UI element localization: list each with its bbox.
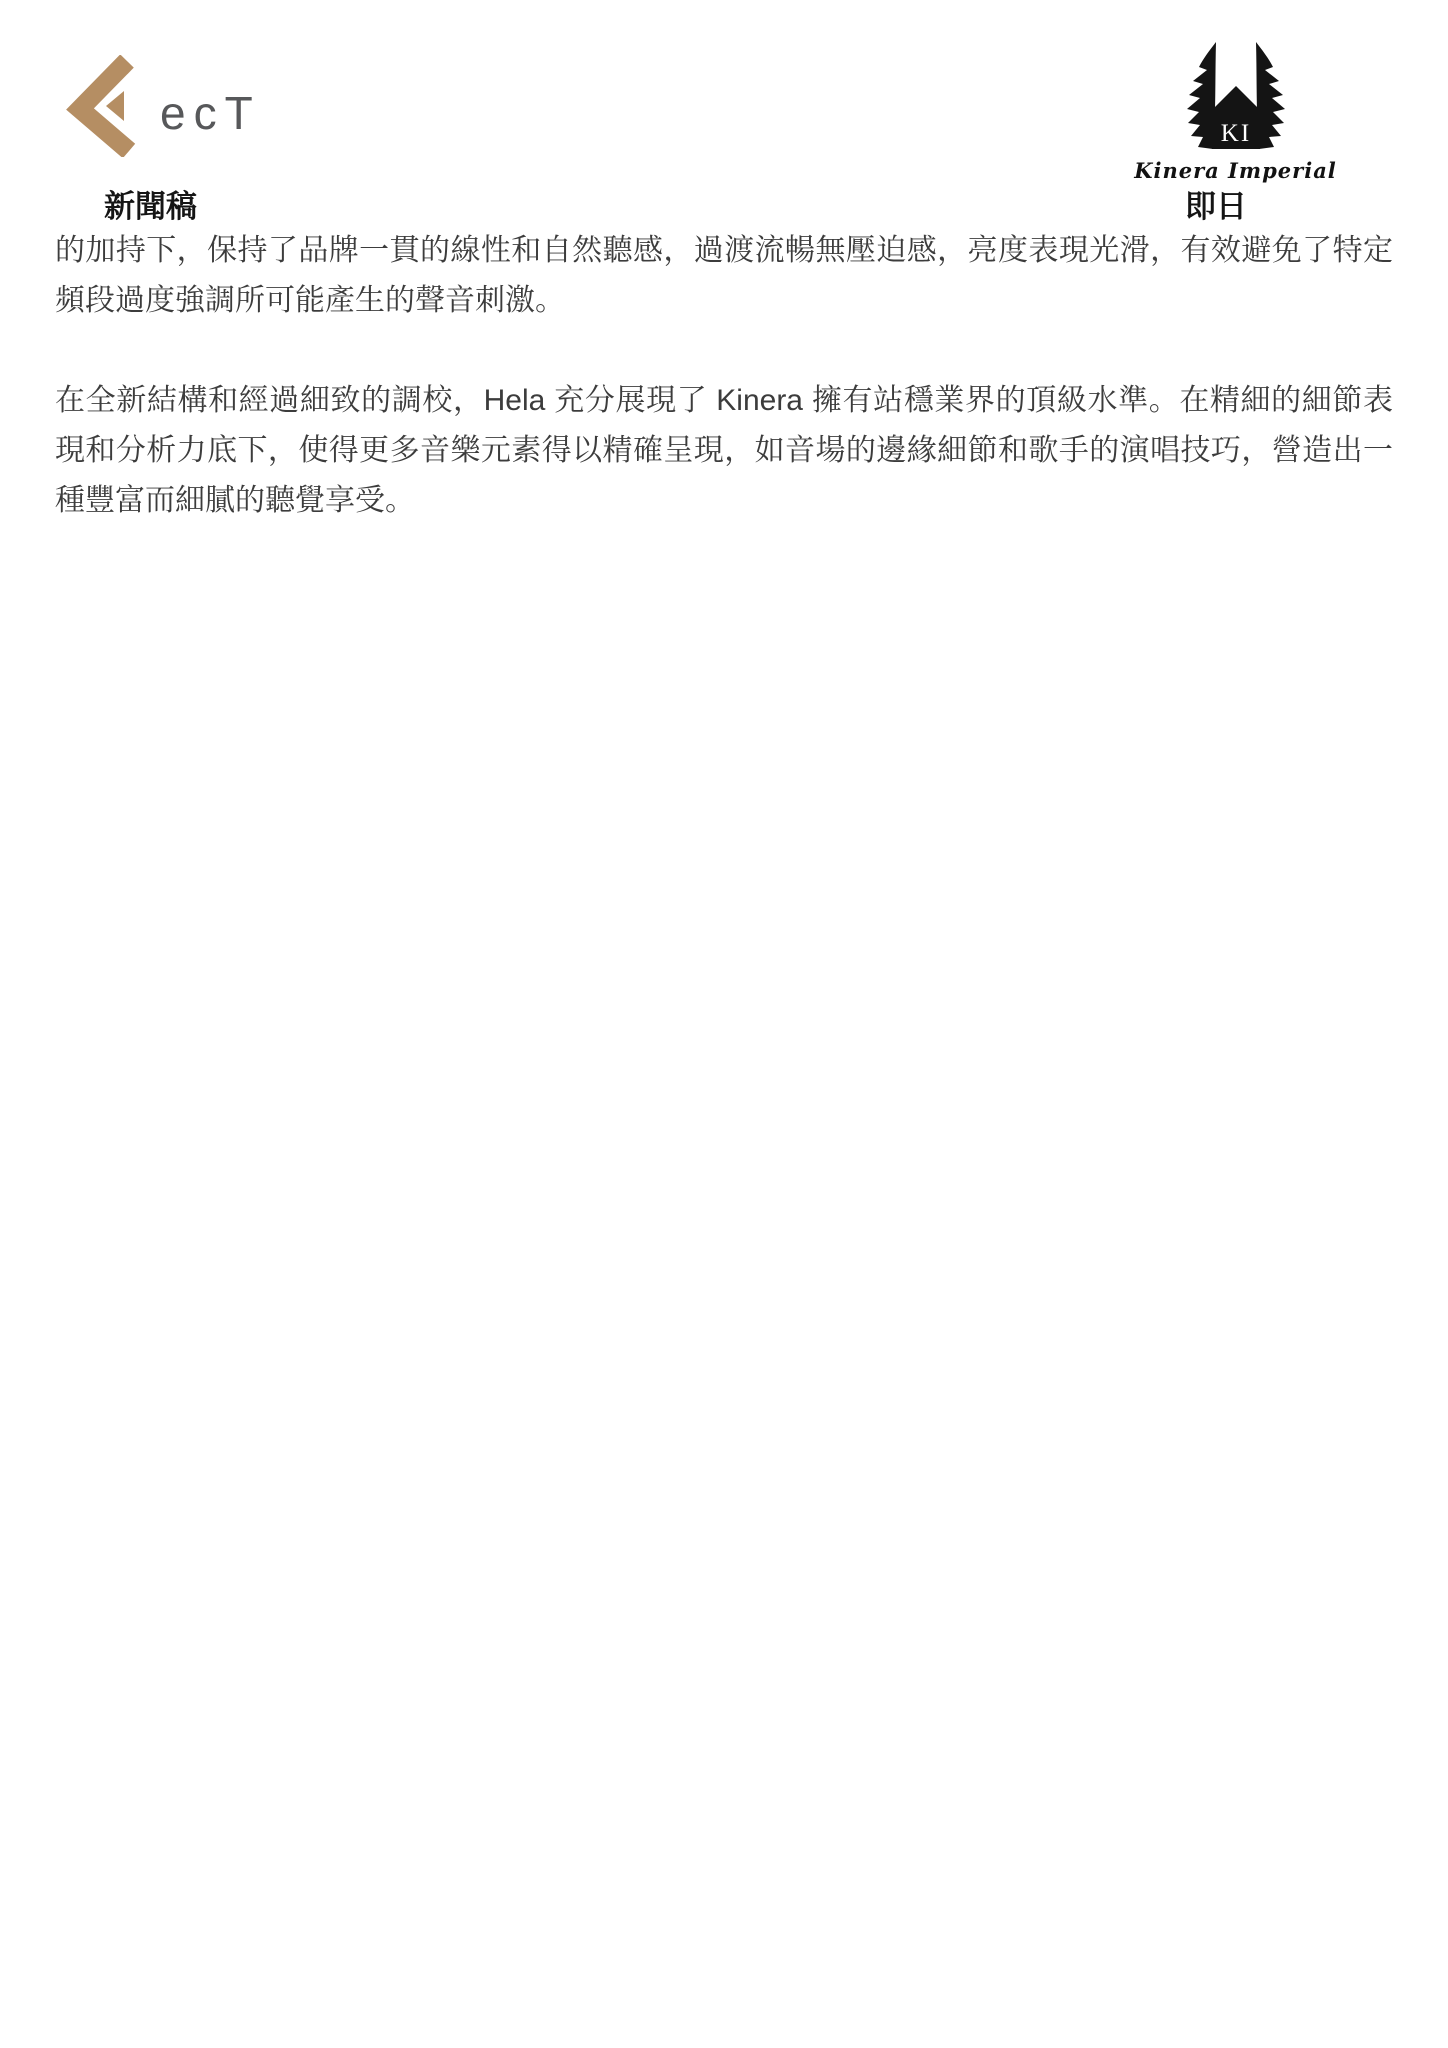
kinera-monogram: KI	[1220, 120, 1250, 147]
paragraph-1: 的加持下，保持了品牌一貫的線性和自然聽感，過渡流暢無壓迫感，亮度表現光滑，有效避…	[55, 226, 1393, 326]
kinera-imperial-logo: KI Kinera Imperial	[1138, 38, 1333, 183]
paragraph-2: 在全新結構和經過細致的調校，Hela 充分展現了 Kinera 擁有站穩業界的頂…	[55, 376, 1393, 526]
press-release-label: 新聞稿	[104, 181, 197, 226]
ect-logo-text: ecT	[160, 76, 261, 136]
kinera-wings-crest-icon: KI	[1171, 38, 1301, 156]
ect-chevron-icon	[66, 55, 144, 157]
kinera-logo-name: Kinera Imperial	[1134, 158, 1337, 183]
ect-logo: ecT	[66, 55, 261, 157]
document-body: 的加持下，保持了品牌一貫的線性和自然聽感，過渡流暢無壓迫感，亮度表現光滑，有效避…	[55, 226, 1393, 576]
document-page: ecT KI Kinera Imperial 新聞稿 即日 的加持下，保持了品牌…	[0, 0, 1448, 2048]
immediate-date-label: 即日	[1185, 181, 1247, 226]
